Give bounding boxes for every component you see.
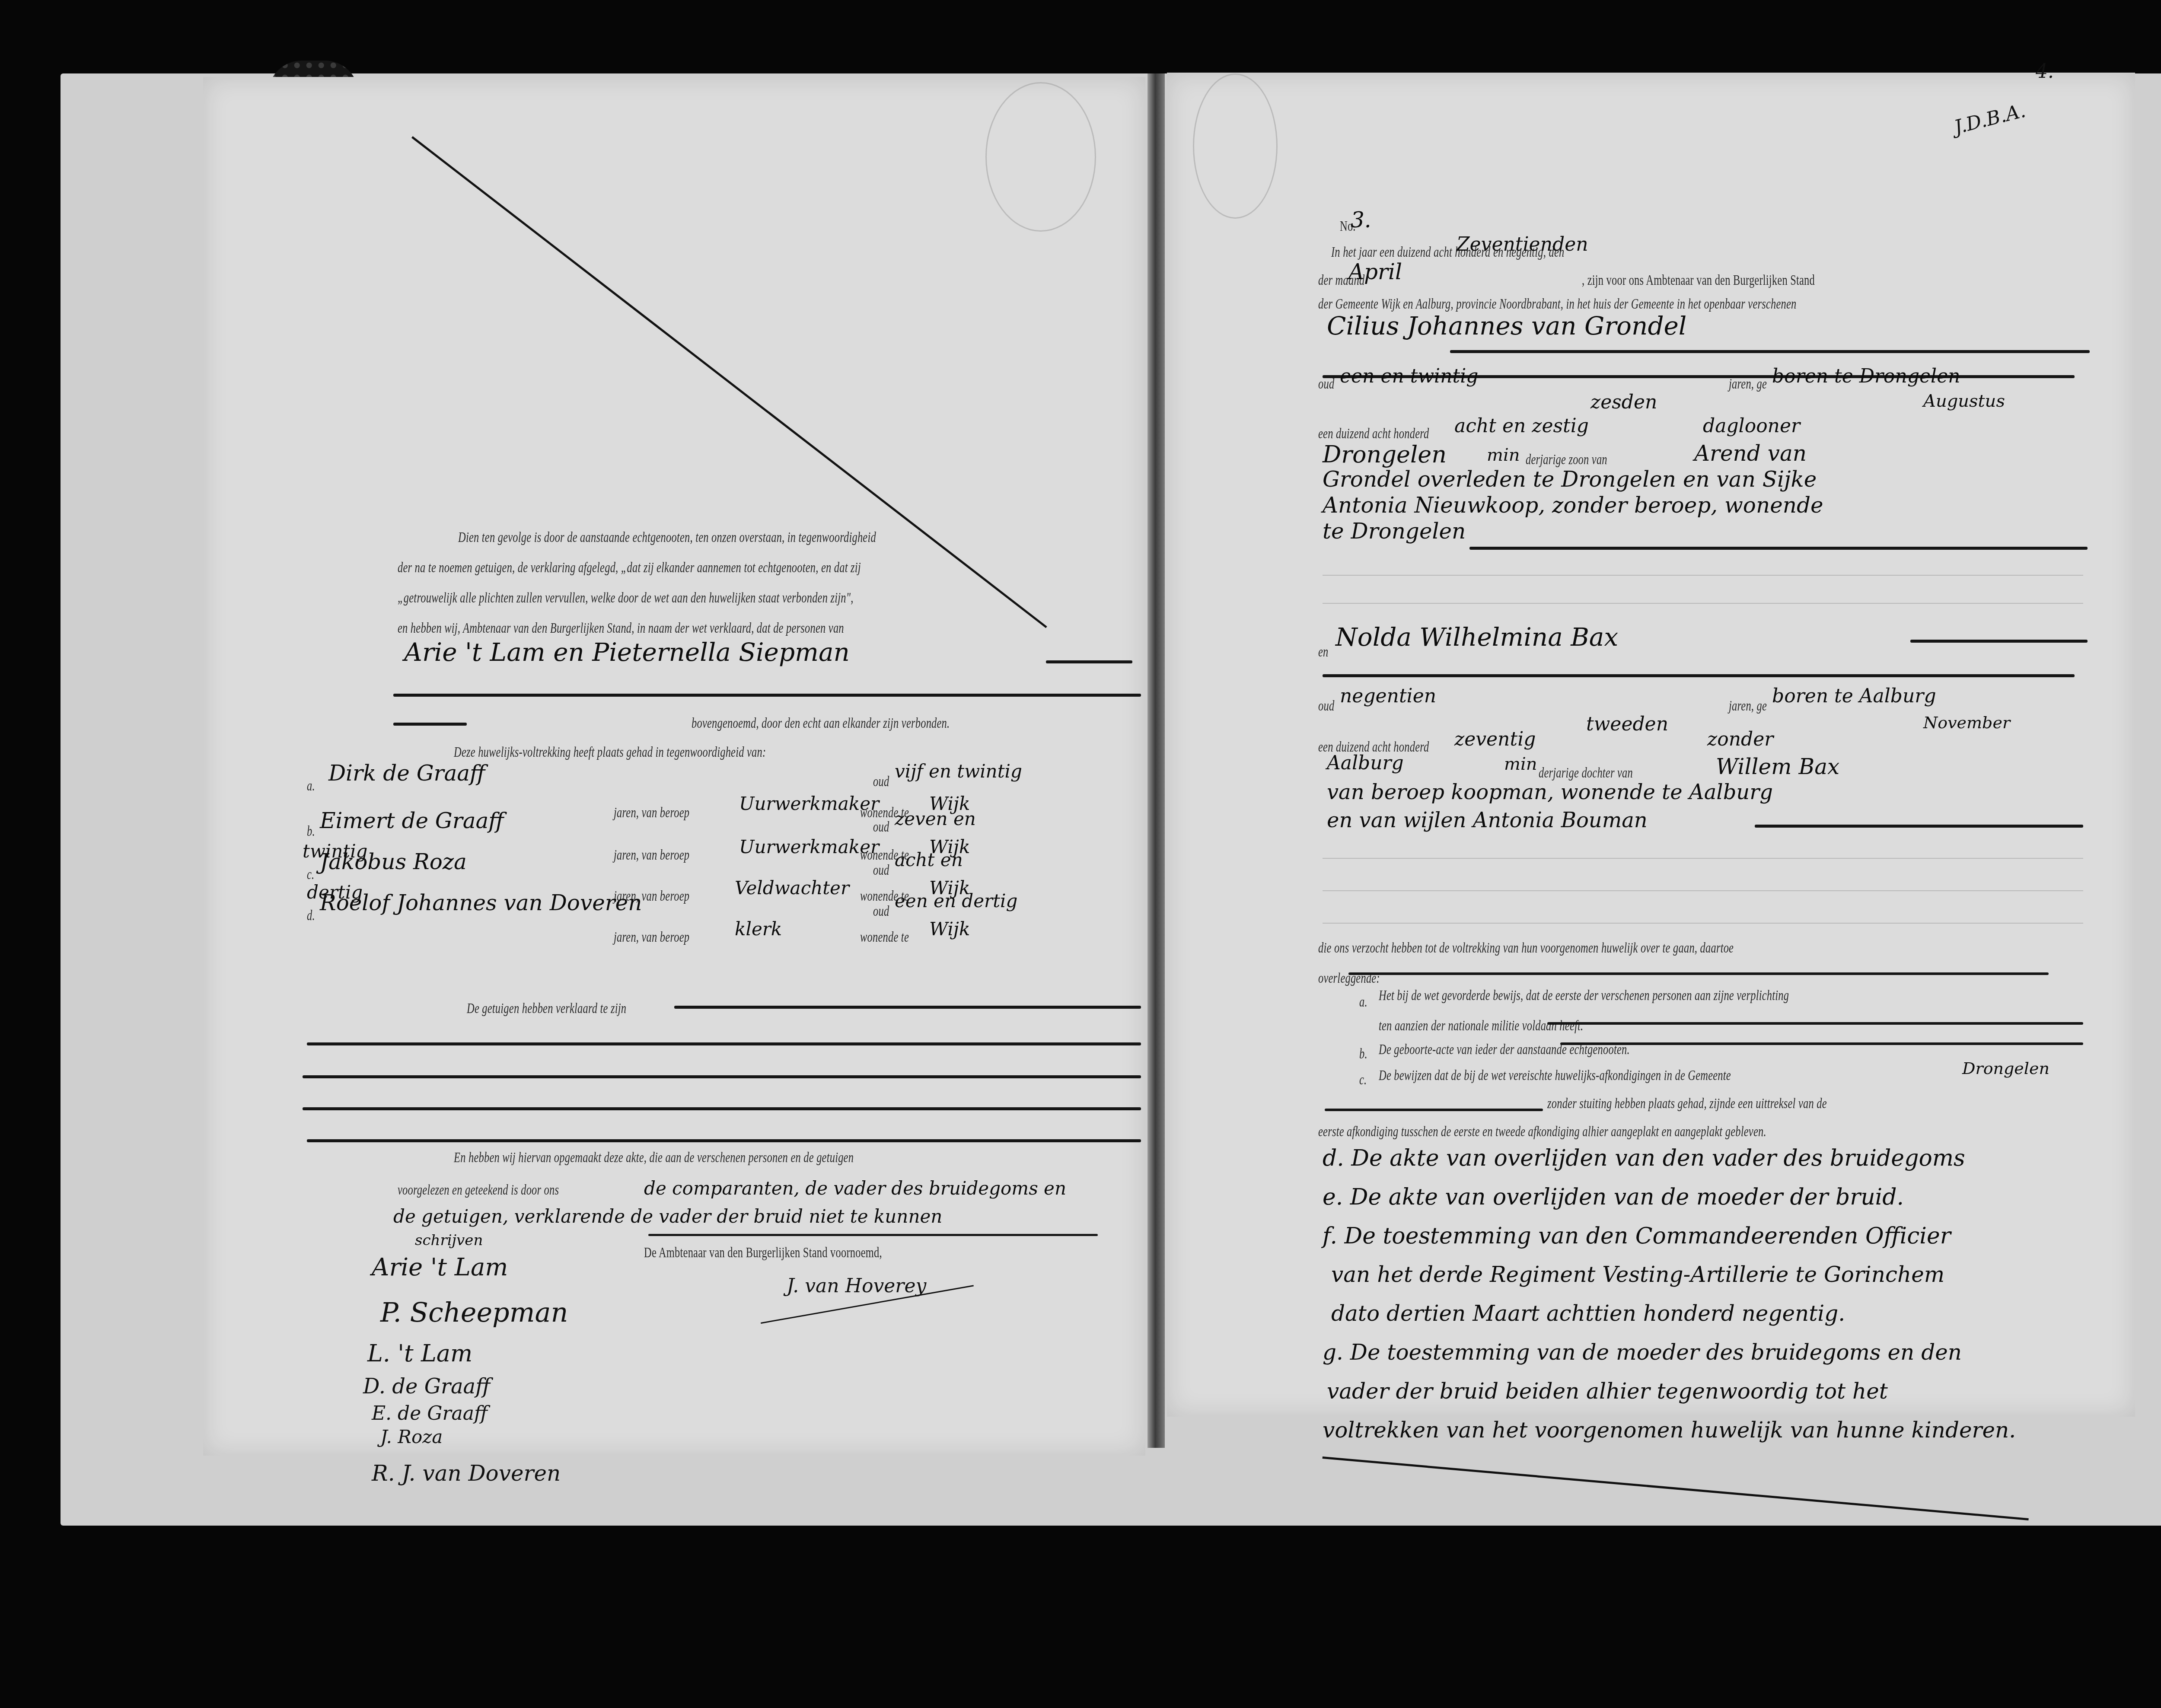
witness-relation-label: De getuigen hebben verklaard te zijn xyxy=(467,1001,626,1017)
request-line-1: die ons verzocht hebben tot de voltrekki… xyxy=(1318,940,1734,956)
declaration-line-3: „getrouwelijk alle plichten zullen vervu… xyxy=(398,590,854,606)
bride-age: negentien xyxy=(1340,685,1436,707)
fill-rule xyxy=(1348,972,2049,975)
groom-occupation: daglooner xyxy=(1703,415,1800,437)
bride-name: Nolda Wilhelmina Bax xyxy=(1335,622,1618,652)
bride-birth-month: November xyxy=(1923,713,2010,732)
label-jaren-beroep: jaren, van beroep xyxy=(614,929,689,946)
declaration-line-1: Dien ten gevolge is door de aanstaande e… xyxy=(458,529,876,546)
groom-minor: min xyxy=(1487,445,1520,465)
signature-father: L. 't Lam xyxy=(367,1340,472,1367)
groom-parents-2: Grondel overleden te Drongelen en van Si… xyxy=(1323,467,1817,492)
document-a-letter: a. xyxy=(1359,994,1367,1010)
witness-intro: Deze huwelijks-voltrekking heeft plaats … xyxy=(454,744,766,761)
witness-letter: a. xyxy=(307,778,315,794)
fill-rule xyxy=(1046,660,1132,663)
bride-birth-day: tweeden xyxy=(1586,713,1668,735)
marriage-month: April xyxy=(1348,259,1402,284)
document-e: e. De akte van overlijden van de moeder … xyxy=(1323,1184,1904,1210)
act-number: 3. xyxy=(1351,207,1371,233)
document-c-cont2: eerste afkondiging tusschen de eerste en… xyxy=(1318,1124,1766,1140)
closing-handwritten-3: schrijven xyxy=(415,1232,483,1249)
bride-residence: Aalburg xyxy=(1327,752,1404,774)
ledger-line xyxy=(1323,923,2083,924)
document-a-cont: ten aanzien der nationale militie voldaa… xyxy=(1379,1018,1583,1034)
declaration-line-2: der na te noemen getuigen, de verklaring… xyxy=(398,560,861,576)
fill-rule xyxy=(1323,674,2075,677)
bride-birth-year: zeventig xyxy=(1454,728,1536,750)
witness-a-age: vijf en twintig xyxy=(895,761,1022,782)
groom-name: Cilius Johannes van Grondel xyxy=(1327,311,1686,341)
book-gutter xyxy=(1147,73,1165,1448)
embossed-stamp xyxy=(1193,73,1278,219)
fill-rule xyxy=(1755,825,2083,828)
ledger-line xyxy=(1323,858,2083,859)
signature-witness-d: R. J. van Doveren xyxy=(372,1461,561,1486)
document-g-2: vader der bruid beiden alhier tegenwoord… xyxy=(1327,1379,1888,1404)
bride-occupation: zonder xyxy=(1707,728,1773,750)
witness-c-occupation: Veldwachter xyxy=(735,877,849,899)
label-oud: oud xyxy=(1318,698,1334,714)
fill-rule xyxy=(303,1107,1141,1110)
document-c-municipality: Drongelen xyxy=(1962,1059,2049,1078)
ledger-line xyxy=(1323,890,2083,891)
fill-rule xyxy=(648,1234,1098,1236)
document-c-letter: c. xyxy=(1359,1072,1367,1088)
closing-handwritten-2: de getuigen, verklarende de vader der br… xyxy=(393,1206,942,1227)
witness-c-age: acht en xyxy=(895,849,963,870)
declaration-line-4: en hebben wij, Ambtenaar van den Burgerl… xyxy=(398,620,844,637)
document-b-letter: b. xyxy=(1359,1046,1367,1062)
fill-rule xyxy=(1547,1022,2083,1025)
fill-rule xyxy=(674,1006,1141,1009)
bride-birthplace: boren te Aalburg xyxy=(1772,685,1936,707)
fill-rule xyxy=(393,694,1141,697)
witness-d-age: een en dertig xyxy=(895,890,1017,911)
fill-rule xyxy=(1560,1042,2083,1045)
fill-rule xyxy=(303,1075,1141,1078)
groom-son-label: derjarige zoon van xyxy=(1526,452,1607,468)
bound-text: bovengenoemd, door den echt aan elkander… xyxy=(692,715,950,732)
document-g-1: g. De toestemming van de moeder des brui… xyxy=(1323,1340,1962,1365)
groom-birthplace: boren te Drongelen xyxy=(1772,365,1960,387)
witness-c-name: Jakobus Roza xyxy=(320,849,467,874)
label-born: jaren, ge xyxy=(1729,376,1767,392)
witness-b-occupation: Uurwerkmaker xyxy=(739,836,879,857)
groom-birth-year: acht en zestig xyxy=(1454,415,1589,437)
bride-parents-1: Willem Bax xyxy=(1716,754,1839,779)
fill-rule xyxy=(1325,1109,1543,1111)
signature-bride: P. Scheepman xyxy=(380,1297,568,1328)
witness-a-name: Dirk de Graaff xyxy=(328,761,485,786)
groom-birth-day: zesden xyxy=(1590,391,1657,413)
couple-names: Arie 't Lam en Pieternella Siepman xyxy=(404,637,850,667)
document-f-3: dato dertien Maart achttien honderd nege… xyxy=(1331,1301,1845,1326)
witness-letter: b. xyxy=(307,823,315,840)
document-d: d. De akte van overlijden van den vader … xyxy=(1323,1145,1965,1171)
closing-line-2: voorgelezen en geteekend is door ons xyxy=(398,1182,559,1198)
ledger-line xyxy=(1323,603,2083,604)
label-oud: oud xyxy=(873,862,889,879)
witness-d-occupation: klerk xyxy=(735,918,782,940)
witness-letter: c. xyxy=(307,867,314,883)
bride-prefix: en xyxy=(1318,644,1329,660)
fill-rule xyxy=(1450,350,2090,353)
witness-d-residence: Wijk xyxy=(929,918,970,940)
label-jaren-beroep: jaren, van beroep xyxy=(614,847,689,864)
page-number: 4. xyxy=(2036,61,2054,83)
groom-parents-4: te Drongelen xyxy=(1323,519,1466,544)
signature-witness-a: D. de Graaff xyxy=(363,1374,490,1399)
bride-parents-2: van beroep koopman, wonende te Aalburg xyxy=(1327,780,1773,804)
witness-d-name: Roelof Johannes van Doveren xyxy=(320,890,642,915)
fill-rule xyxy=(393,723,467,726)
document-g-3: voltrekken van het voorgenomen huwelijk … xyxy=(1323,1418,2016,1443)
document-a-text: Het bij de wet gevorderde bewijs, dat de… xyxy=(1379,988,1789,1004)
label-oud: oud xyxy=(1318,376,1334,392)
marriage-day: Zeventienden xyxy=(1457,233,1588,255)
fill-rule xyxy=(1469,547,2088,550)
document-f-2: van het derde Regiment Vesting-Artilleri… xyxy=(1331,1262,1944,1287)
groom-birth-month: Augustus xyxy=(1923,391,2005,411)
label-jaren-beroep: jaren, van beroep xyxy=(614,805,689,821)
witness-b-name: Eimert de Graaff xyxy=(320,808,504,833)
groom-parents-1: Arend van xyxy=(1694,441,1807,466)
groom-birth-year-prefix: een duizend acht honderd xyxy=(1318,426,1429,442)
bride-daughter-label: derjarige dochter van xyxy=(1539,765,1633,781)
ledger-line xyxy=(1323,575,2083,576)
signature-groom: Arie 't Lam xyxy=(372,1253,508,1281)
signature-witness-b: E. de Graaff xyxy=(372,1402,488,1424)
fill-rule xyxy=(307,1139,1141,1142)
witness-b-age: zeven en xyxy=(895,808,976,829)
label-oud: oud xyxy=(873,903,889,920)
bride-parents-3: en van wijlen Antonia Bouman xyxy=(1327,808,1648,832)
document-c-cont: zonder stuiting hebben plaats gehad, zij… xyxy=(1547,1096,1827,1112)
groom-parents-3: Antonia Nieuwkoop, zonder beroep, wonend… xyxy=(1323,493,1823,518)
month-line-text: , zijn voor ons Ambtenaar van den Burger… xyxy=(1582,272,1815,289)
official-label: De Ambtenaar van den Burgerlijken Stand … xyxy=(644,1245,882,1261)
municipality-line: der Gemeente Wijk en Aalburg, provincie … xyxy=(1318,296,1797,312)
embossed-stamp xyxy=(985,82,1096,232)
closing-handwritten-1: de comparanten, de vader des bruidegoms … xyxy=(644,1178,1066,1199)
witness-letter: d. xyxy=(307,908,315,924)
groom-age: een en twintig xyxy=(1340,365,1478,387)
witness-a-occupation: Uurwerkmaker xyxy=(739,793,879,814)
fill-rule xyxy=(1910,640,2088,643)
fill-rule xyxy=(307,1042,1141,1045)
label-oud: oud xyxy=(873,774,889,790)
signature-official: J. van Hoverey xyxy=(787,1275,926,1297)
document-f-1: f. De toestemming van den Commandeerende… xyxy=(1323,1223,1951,1249)
label-born: jaren, ge xyxy=(1729,698,1767,714)
closing-line-1: En hebben wij hiervan opgemaakt deze akt… xyxy=(454,1150,854,1166)
document-c-text: De bewijzen dat de bij de wet vereischte… xyxy=(1379,1067,1731,1084)
label-oud: oud xyxy=(873,819,889,835)
label-wonende-te: wonende te xyxy=(860,929,909,946)
signature-witness-c: J. Roza xyxy=(380,1426,443,1447)
groom-residence: Drongelen xyxy=(1323,441,1447,468)
bride-minor: min xyxy=(1504,754,1537,774)
